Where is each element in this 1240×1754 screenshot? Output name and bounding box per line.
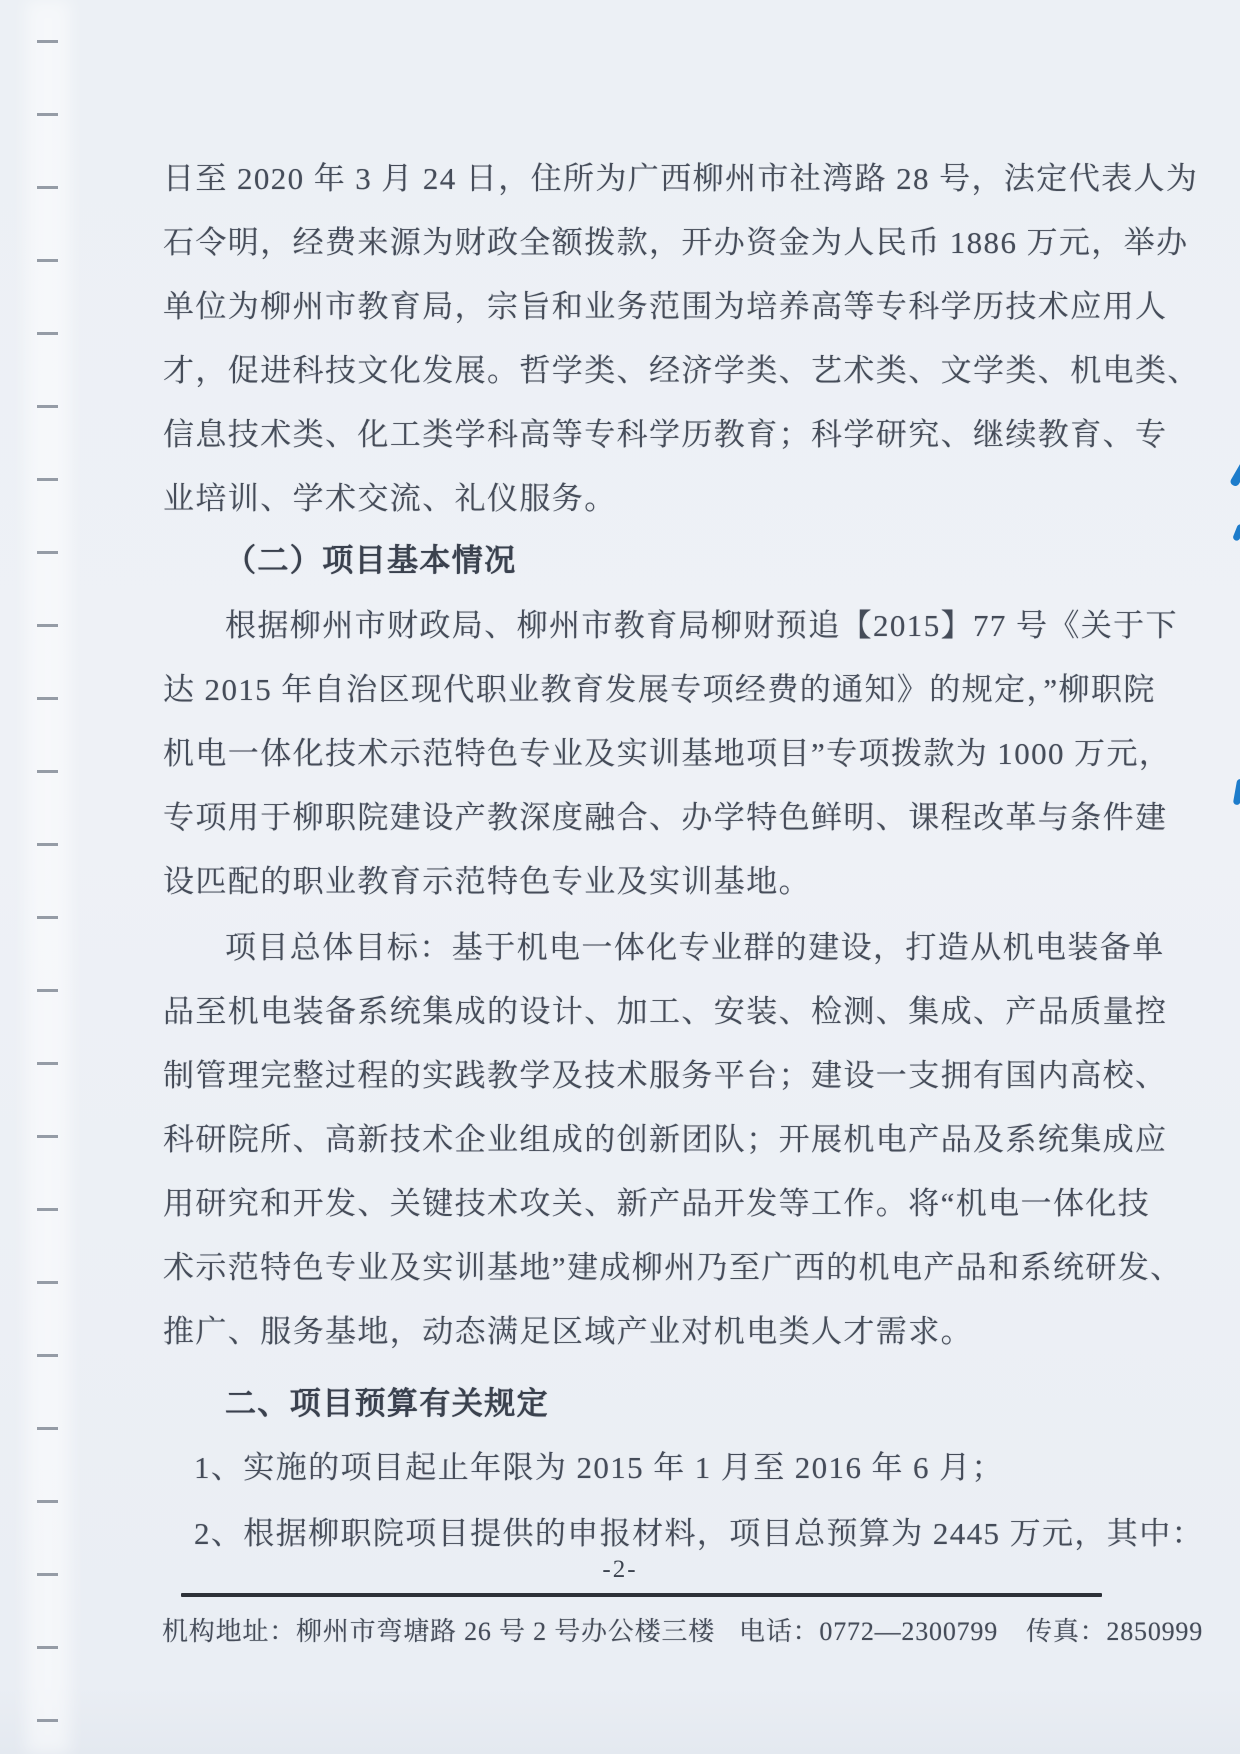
text-line: 术示范特色专业及实训基地”建成柳州乃至广西的机电产品和系统研发、 <box>163 1236 1038 1300</box>
text-line: 项目总体目标：基于机电一体化专业群的建设，打造从机电装备单 <box>163 916 1038 980</box>
scanned-page: 日至 2020 年 3 月 24 日，住所为广西柳州市社湾路 28 号，法定代表… <box>0 0 1240 1754</box>
text-line: 日至 2020 年 3 月 24 日，住所为广西柳州市社湾路 28 号，法定代表… <box>163 147 1038 211</box>
binding-edge-marks <box>37 0 58 1754</box>
text-line: 石令明，经费来源为财政全额拨款，开办资金为人民币 1886 万元，举办 <box>163 211 1038 275</box>
text-line: 制管理完整过程的实践教学及技术服务平台；建设一支拥有国内高校、 <box>163 1044 1038 1108</box>
text-line: 推广、服务基地，动态满足区域产业对机电类人才需求。 <box>163 1300 1038 1364</box>
numbered-item: 1、实施的项目起止年限为 2015 年 1 月至 2016 年 6 月； <box>163 1436 1038 1500</box>
heading-text: （二）项目基本情况 <box>163 529 1038 593</box>
section-heading: （二）项目基本情况 <box>163 529 1038 593</box>
footer-divider <box>181 1593 1102 1597</box>
blue-ink-mark <box>1233 779 1240 806</box>
footer-fax: 传真：2850999 <box>1026 1612 1203 1652</box>
blue-ink-mark <box>1229 460 1240 487</box>
footer-address: 机构地址：柳州市弯塘路 26 号 2 号办公楼三楼 <box>162 1612 715 1652</box>
text-line: 科研院所、高新技术企业组成的创新团队；开展机电产品及系统集成应 <box>163 1108 1038 1172</box>
paragraph-project-basic-info: 根据柳州市财政局、柳州市教育局柳财预追【2015】77 号《关于下 达 2015… <box>163 594 1038 914</box>
text-line: 专项用于柳职院建设产教深度融合、办学特色鲜明、课程改革与条件建 <box>163 786 1038 850</box>
page-number: -2- <box>0 1552 1240 1588</box>
heading-text: 二、项目预算有关规定 <box>163 1372 1038 1436</box>
footer-phone: 电话：0772—2300799 <box>739 1612 998 1652</box>
text-line: 才，促进科技文化发展。哲学类、经济学类、艺术类、文学类、机电类、 <box>163 339 1038 403</box>
text-line: 业培训、学术交流、礼仪服务。 <box>163 467 1038 531</box>
paragraph-project-goal: 项目总体目标：基于机电一体化专业群的建设，打造从机电装备单 品至机电装备系统集成… <box>163 916 1038 1364</box>
section-heading: 二、项目预算有关规定 <box>163 1372 1038 1436</box>
text-line: 机电一体化技术示范特色专业及实训基地项目”专项拨款为 1000 万元， <box>163 722 1038 786</box>
text-line: 1、实施的项目起止年限为 2015 年 1 月至 2016 年 6 月； <box>163 1436 1038 1500</box>
text-line: 品至机电装备系统集成的设计、加工、安装、检测、集成、产品质量控 <box>163 980 1038 1044</box>
footer: 机构地址：柳州市弯塘路 26 号 2 号办公楼三楼 电话：0772—230079… <box>162 1612 1162 1652</box>
text-line: 信息技术类、化工类学科高等专科学历教育；科学研究、继续教育、专 <box>163 403 1038 467</box>
paragraph-continued: 日至 2020 年 3 月 24 日，住所为广西柳州市社湾路 28 号，法定代表… <box>163 147 1038 531</box>
text-line: 用研究和开发、关键技术攻关、新产品开发等工作。将“机电一体化技 <box>163 1172 1038 1236</box>
blue-ink-mark <box>1232 523 1240 541</box>
text-line: 设匹配的职业教育示范特色专业及实训基地。 <box>163 850 1038 914</box>
text-line: 根据柳州市财政局、柳州市教育局柳财预追【2015】77 号《关于下 <box>163 594 1038 658</box>
text-line: 单位为柳州市教育局，宗旨和业务范围为培养高等专科学历技术应用人 <box>163 275 1038 339</box>
text-line: 达 2015 年自治区现代职业教育发展专项经费的通知》的规定，”柳职院 <box>163 658 1038 722</box>
